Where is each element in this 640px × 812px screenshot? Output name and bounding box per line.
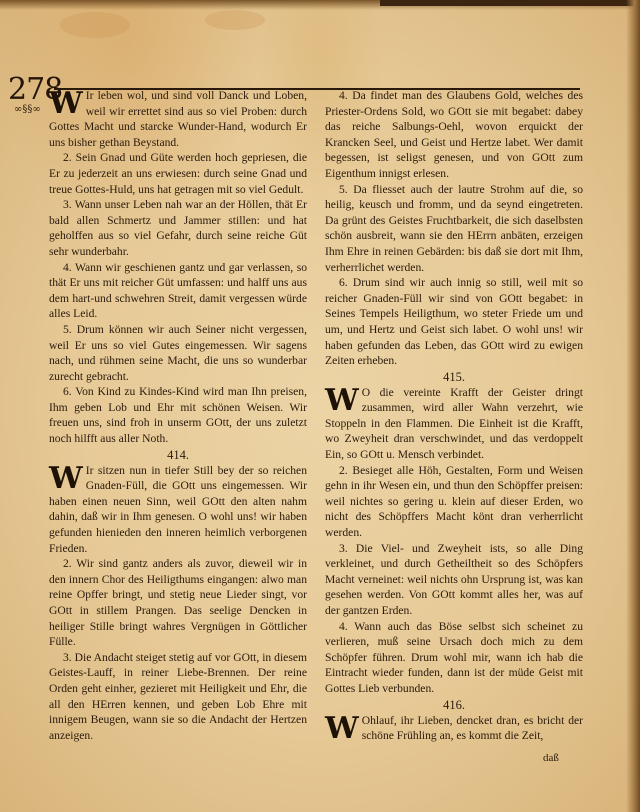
hymn-413-verse-1: WIr leben wol, und sind voll Danck und L… [49, 88, 307, 150]
hymn-414-verse-6: 6. Drum sind wir auch innig so still, we… [325, 275, 583, 369]
hymn-415-verse-2: 2. Besieget alle Höh, Gestalten, Form un… [325, 463, 583, 541]
drop-cap: W [49, 90, 83, 118]
hymn-414-verse-2: 2. Wir sind gantz anders als zuvor, diew… [49, 556, 307, 650]
hymn-416-verse-1: WOhlauf, ihr Lieben, dencket dran, es br… [325, 713, 583, 744]
binding-shadow [380, 0, 640, 6]
drop-cap: W [325, 387, 359, 415]
verse-text: Ohlauf, ihr Lieben, dencket dran, es bri… [362, 714, 583, 743]
hymn-414-verse-5: 5. Da fliesset auch der lautre Strohm au… [325, 182, 583, 276]
right-column: 4. Da findet man des Glaubens Gold, welc… [325, 88, 583, 744]
hymn-414-verse-1: WIr sitzen nun in tiefer Still bey der s… [49, 463, 307, 557]
hymn-415-verse-3: 3. Die Viel- und Zweyheit ists, so alle … [325, 541, 583, 619]
hymn-414-verse-3: 3. Die Andacht steiget stetig auf vor GO… [49, 650, 307, 744]
book-page: 278 ∞§§∞ WIr leben wol, und sind voll Da… [0, 0, 640, 812]
hymn-414-verse-4: 4. Da findet man des Glaubens Gold, welc… [325, 88, 583, 182]
hymn-number-416: 416. [325, 698, 583, 713]
drop-cap: W [325, 715, 359, 743]
page-edge [626, 0, 640, 812]
hymn-413-verse-2: 2. Sein Gnad und Güte werden hoch geprie… [49, 150, 307, 197]
left-column: WIr leben wol, und sind voll Danck und L… [49, 88, 307, 743]
hymn-number-415: 415. [325, 370, 583, 385]
hymn-415-verse-4: 4. Wann auch das Böse selbst sich schein… [325, 619, 583, 697]
water-stain [205, 10, 265, 30]
hymn-413-verse-5: 5. Drum können wir auch Seiner nicht ver… [49, 322, 307, 384]
verse-text: O die vereinte Krafft der Geister dringt… [325, 386, 583, 461]
hymn-413-verse-6: 6. Von Kind zu Kindes-Kind wird man Ihn … [49, 384, 307, 446]
verse-text: Ir sitzen nun in tiefer Still bey der so… [49, 464, 307, 555]
hymn-number-414: 414. [49, 448, 307, 463]
drop-cap: W [49, 465, 83, 493]
water-stain [60, 12, 130, 38]
hymn-415-verse-1: WO die vereinte Krafft der Geister dring… [325, 385, 583, 463]
catchword: daß [543, 752, 559, 764]
page-ornament: ∞§§∞ [14, 104, 41, 115]
verse-text: Ir leben wol, und sind voll Danck und Lo… [49, 89, 307, 149]
hymn-413-verse-3: 3. Wann unser Leben nah war an der Hölle… [49, 197, 307, 259]
hymn-413-verse-4: 4. Wann wir geschienen gantz und gar ver… [49, 260, 307, 322]
